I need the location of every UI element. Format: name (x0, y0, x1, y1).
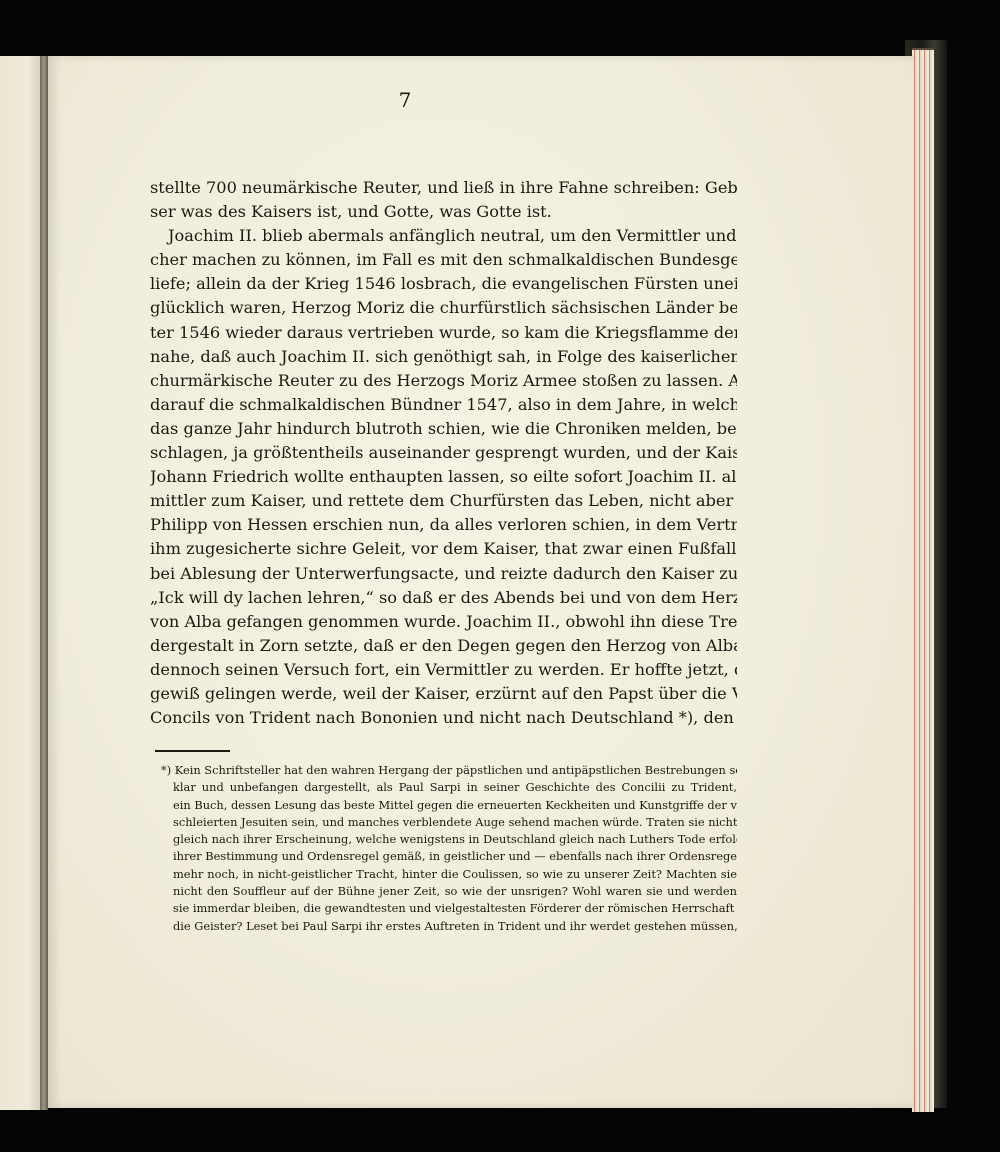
body-line: ter 1546 wieder daraus vertrieben wurde,… (150, 321, 737, 345)
body-line: glücklich waren, Herzog Moriz die churfü… (150, 296, 737, 320)
body-line: nahe, daß auch Joachim II. sich genöthig… (150, 345, 737, 369)
body-line: ser was des Kaisers ist, und Gotte, was … (150, 200, 737, 224)
footnote: *) Kein Schriftsteller hat den wahren He… (165, 762, 737, 935)
body-line: Johann Friedrich wollte enthaupten lasse… (150, 465, 737, 489)
body-line: liefe; allein da der Krieg 1546 losbrach… (150, 272, 737, 296)
body-line: von Alba gefangen genommen wurde. Joachi… (150, 610, 737, 634)
footnote-line: die Geister? Leset bei Paul Sarpi ihr er… (165, 918, 737, 935)
body-text: stellte 700 neumärkische Reuter, und lie… (150, 176, 737, 730)
page-edges-stack (912, 48, 934, 1112)
body-line: cher machen zu können, im Fall es mit de… (150, 248, 737, 272)
body-line: „Ick will dy lachen lehren,“ so daß er d… (150, 586, 737, 610)
gutter-fold (40, 56, 48, 1110)
body-line: dennoch seinen Versuch fort, ein Vermitt… (150, 658, 737, 682)
footnote-line: ihrer Bestimmung und Ordensregel gemäß, … (165, 848, 737, 865)
footnote-line: nicht den Souffleur auf der Bühne jener … (165, 883, 737, 900)
footnote-line: schleierten Jesuiten sein, und manches v… (165, 814, 737, 831)
body-line: churmärkische Reuter zu des Herzogs Mori… (150, 369, 737, 393)
footnote-rule (155, 750, 230, 752)
footnote-line: mehr noch, in nicht-geistlicher Tracht, … (165, 866, 737, 883)
facing-page-left (0, 56, 40, 1110)
body-line: das ganze Jahr hindurch blutroth schien,… (150, 417, 737, 441)
body-line: Joachim II. blieb abermals anfänglich ne… (150, 224, 737, 248)
body-line: bei Ablesung der Unterwerfungsacte, und … (150, 562, 737, 586)
body-line: mittler zum Kaiser, und rettete dem Chur… (150, 489, 737, 513)
body-line: gewiß gelingen werde, weil der Kaiser, e… (150, 682, 737, 706)
footnote-line: klar und unbefangen dargestellt, als Pau… (165, 779, 737, 796)
body-line: stellte 700 neumärkische Reuter, und lie… (150, 176, 737, 200)
body-line: schlagen, ja größtentheils auseinander g… (150, 441, 737, 465)
body-line: darauf die schmalkaldischen Bündner 1547… (150, 393, 737, 417)
footnote-line: sie immerdar bleiben, die gewandtesten u… (165, 900, 737, 917)
body-line: dergestalt in Zorn setzte, daß er den De… (150, 634, 737, 658)
body-line: Concils von Trident nach Bononien und ni… (150, 706, 737, 730)
body-line: ihm zugesicherte sichre Geleit, vor dem … (150, 537, 737, 561)
page-number: 7 (390, 88, 420, 112)
body-line: Philipp von Hessen erschien nun, da alle… (150, 513, 737, 537)
footnote-line: gleich nach ihrer Erscheinung, welche we… (165, 831, 737, 848)
footnote-line: ein Buch, dessen Lesung das beste Mittel… (165, 797, 737, 814)
footnote-line: *) Kein Schriftsteller hat den wahren He… (161, 762, 737, 779)
